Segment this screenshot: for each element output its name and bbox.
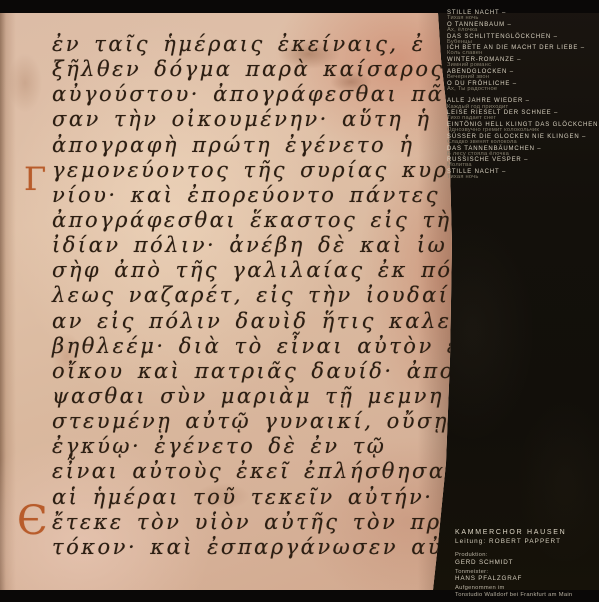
- track-subtitle-russian: Ах, ёлочка: [447, 28, 590, 33]
- track-item: RUSSISCHE VESPER – Молитва: [447, 157, 597, 168]
- manuscript-line: ψασθαι σὺν μαριὰμ τῇ μεμνη: [52, 384, 442, 409]
- manuscript-line: νίου· καὶ ἐπορεύοντο πάντες: [52, 183, 442, 208]
- track-item: STILLE NACHT – Тихая ночь: [447, 10, 597, 21]
- manuscript-line: σαν τὴν οἰκουμένην· αὕτη ἡ: [52, 107, 442, 132]
- album-back-cover: Γ Є ἐν ταῖς ἡμέραις ἐκείναις, ἐ ξῆλθεν δ…: [0, 0, 599, 602]
- track-subtitle-russian: Коль славен: [447, 51, 590, 56]
- track-subtitle-russian: Вечерний звон: [447, 75, 590, 80]
- manuscript-line: γεμονεύοντος τῆς συρίας κυρη: [52, 158, 442, 183]
- manuscript-line: ἀπογράφεσθαι ἕκαστος εἰς τὴν: [52, 208, 442, 233]
- manuscript-line: ἐγκύῳ· ἐγένετο δὲ ἐν τῷ: [52, 434, 442, 459]
- manuscript-line: οἴκου καὶ πατριᾶς δαυίδ· ἀπογρά: [52, 359, 442, 384]
- track-item: LEISE RIESELT DER SCHNEE – Тихо падает с…: [447, 110, 597, 121]
- track-subtitle-russian: Однозвучно гремит колокольчик: [447, 128, 590, 133]
- manuscript-line: αὐγούστου· ἀπογράφεσθαι πᾶ: [52, 82, 442, 107]
- track-subtitle-russian: Тихая ночь: [447, 175, 590, 180]
- production-name: GERD SCHMIDT: [455, 559, 595, 566]
- manuscript-line: εἶναι αὐτοὺς ἐκεῖ ἐπλήσθησαν: [52, 459, 442, 484]
- manuscript-line: στευμένῃ αὐτῷ γυναικί, οὔσῃ: [52, 409, 442, 434]
- track-subtitle-russian: Тихо падает снег: [447, 116, 590, 121]
- manuscript-line: ἰδίαν πόλιν· ἀνέβη δὲ καὶ ἰω: [52, 233, 442, 258]
- manuscript-line: σὴφ ἀπὸ τῆς γαλιλαίας ἐκ πό: [52, 258, 442, 283]
- manuscript-line: αἱ ἡμέραι τοῦ τεκεῖν αὐτήν· ς: [52, 485, 442, 510]
- track-item: DAS TANNENBÄUMCHEN – В лесу стояла ёлочк…: [447, 146, 597, 157]
- track-item: O TANNENBAUM – Ах, ёлочка: [447, 22, 597, 33]
- engineer-name: HANS PFALZGRAF: [455, 575, 595, 582]
- conductor-name: Leitung: ROBERT PAPPERT: [455, 537, 595, 546]
- track-subtitle-russian: Зимний романс: [447, 63, 590, 68]
- manuscript-line: ἐν ταῖς ἡμέραις ἐκείναις, ἐ: [52, 32, 442, 57]
- track-item: STILLE NACHT – Тихая ночь: [447, 169, 597, 180]
- tracklist: STILLE NACHT – Тихая ночь O TANNENBAUM –…: [447, 10, 597, 181]
- recording-line2: Tonstudio Walldorf bei Frankfurt am Main: [455, 592, 595, 599]
- track-subtitle-russian: Молитва: [447, 163, 590, 168]
- track-subtitle-russian: Бубенцы: [447, 40, 590, 45]
- rubric-initial-gamma: Γ: [24, 163, 46, 195]
- manuscript-line: ξῆλθεν δόγμα παρὰ καίσαρος: [52, 57, 442, 82]
- choir-name: KAMMERCHOR HAUSEN: [455, 528, 595, 537]
- manuscript-line: βηθλεέμ· διὰ τὸ εἶναι αὐτὸν ἐξ: [52, 334, 442, 359]
- track-item: O DU FRÖHLICHE – Ах, Ты радостное: [447, 81, 597, 92]
- production-credit: Produktion: GERD SCHMIDT: [455, 552, 595, 566]
- rubric-initial-epsilon: Є: [17, 501, 48, 541]
- parchment-stain: [8, 53, 42, 113]
- manuscript-line: ἀπογραφὴ πρώτη ἐγένετο ἡ: [52, 133, 442, 158]
- track-item: DAS SCHLITTENGLÖCKCHEN – Бубенцы: [447, 34, 597, 45]
- engineer-credit: Tonmeister: HANS PFALZGRAF: [455, 569, 595, 583]
- manuscript-line: αν εἰς πόλιν δαυὶδ ἥτις καλεῖται: [52, 309, 442, 334]
- track-subtitle-russian: Ах, Ты радостное: [447, 87, 590, 92]
- track-item: ICH BETE AN DIE MACHT DER LIEBE – Коль с…: [447, 45, 597, 56]
- track-subtitle-russian: Тихая ночь: [447, 16, 590, 21]
- manuscript-line: ἔτεκε τὸν υἱὸν αὐτῆς τὸν πρω: [52, 510, 442, 535]
- track-subtitle-russian: В лесу стояла ёлочка: [447, 152, 590, 157]
- track-subtitle-russian: Каждый год приходит: [447, 105, 590, 110]
- manuscript-line: τόκον· καὶ ἐσπαργάνωσεν αὐτὸ: [52, 535, 442, 560]
- manuscript-text: ἐν ταῖς ἡμέραις ἐκείναις, ἐ ξῆλθεν δόγμα…: [52, 32, 442, 560]
- track-item: WINTER-ROMANZE – Зимний романс: [447, 57, 597, 68]
- track-item: SÜSSER DIE GLOCKEN NIE KLINGEN – Сладко …: [447, 134, 597, 145]
- recording-credit: Aufgenommen im Tonstudio Walldorf bei Fr…: [455, 585, 595, 598]
- credits: KAMMERCHOR HAUSEN Leitung: ROBERT PAPPER…: [455, 528, 595, 601]
- manuscript-photo: Γ Є ἐν ταῖς ἡμέραις ἐκείναις, ἐ ξῆλθεν δ…: [0, 13, 454, 590]
- track-item: ABENDGLOCKEN – Вечерний звон: [447, 69, 597, 80]
- manuscript-line: λεως ναζαρέτ, εἰς τὴν ἰουδαί: [52, 283, 442, 308]
- track-subtitle-russian: Сладко звенят колокола: [447, 140, 590, 145]
- track-item: ALLE JAHRE WIEDER – Каждый год приходит: [447, 98, 597, 109]
- track-item: EINTÖNIG HELL KLINGT DAS GLÖCKCHEN – Одн…: [447, 122, 597, 133]
